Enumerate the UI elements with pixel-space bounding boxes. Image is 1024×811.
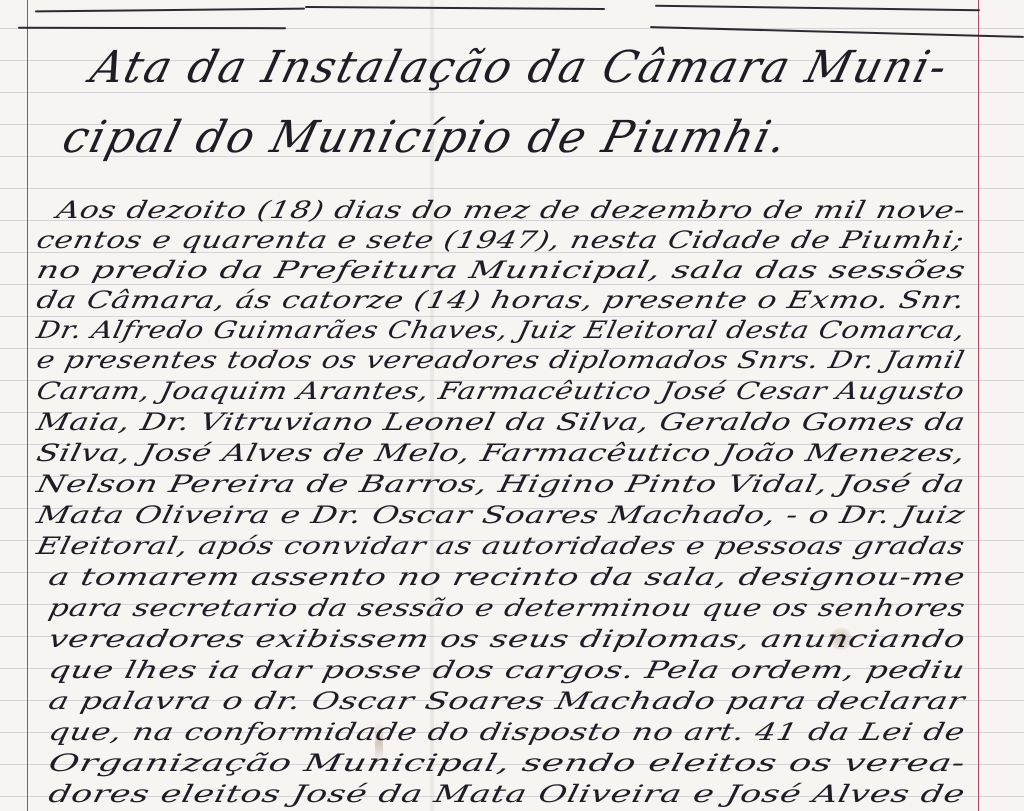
body-line-7: Caram, Joaquim Arantes, Farmacêutico Jos…	[34, 377, 967, 405]
manuscript-page: Ata da Instalação da Câmara Muni- cipal …	[0, 0, 1024, 811]
body-line-9: Silva, José Alves de Melo, Farmacêutico …	[34, 439, 968, 467]
body-line-2: centos e quarenta e sete (1947), nesta C…	[34, 226, 967, 254]
header-rule-line	[18, 27, 286, 29]
body-line-14: para secretario da sessão e determinou q…	[46, 594, 968, 622]
body-line-13: a tomarem assento no recinto da sala, de…	[46, 563, 968, 591]
body-line-16: que lhes ia dar posse dos cargos. Pela o…	[46, 656, 968, 684]
body-line-15: vereadores exibissem os seus diplomas, a…	[46, 625, 968, 653]
body-line-3: no predio da Prefeitura Municipal, sala …	[34, 256, 968, 284]
right-margin-line	[978, 0, 979, 811]
header-rule-line	[305, 6, 605, 10]
header-rule-line	[35, 8, 305, 13]
left-margin-line	[27, 0, 28, 811]
body-line-17: a palavra o dr. Oscar Soares Machado par…	[46, 687, 968, 715]
body-line-5: Dr. Alfredo Guimarães Chaves, Juiz Eleit…	[34, 316, 968, 344]
document-title-line-1: Ata da Instalação da Câmara Muni-	[86, 42, 954, 93]
body-line-6: e presentes todos os vereadores diplomad…	[34, 346, 967, 374]
body-line-20: dores eleitos José da Mata Oliveira e Jo…	[46, 780, 968, 808]
body-line-11: Mata Oliveira e Dr. Oscar Soares Machado…	[34, 501, 968, 529]
header-rule-line	[655, 5, 980, 12]
body-line-10: Nelson Pereira de Barros, Higino Pinto V…	[34, 470, 968, 498]
body-line-1: Aos dezoito (18) dias do mez de dezembro…	[54, 196, 968, 224]
body-line-18: que, na conformidade do disposto no art.…	[46, 718, 968, 746]
header-rule-line	[650, 26, 1024, 38]
body-line-19: Organização Municipal, sendo eleitos os …	[46, 749, 968, 777]
body-line-4: da Câmara, ás catorze (14) horas, presen…	[34, 286, 968, 314]
document-title-line-2: cipal do Município de Piumhi.	[58, 112, 794, 163]
body-line-8: Maia, Dr. Vitruviano Leonel da Silva, Ge…	[34, 408, 968, 436]
body-line-12: Eleitoral, após convidar as autoridades …	[34, 532, 968, 560]
